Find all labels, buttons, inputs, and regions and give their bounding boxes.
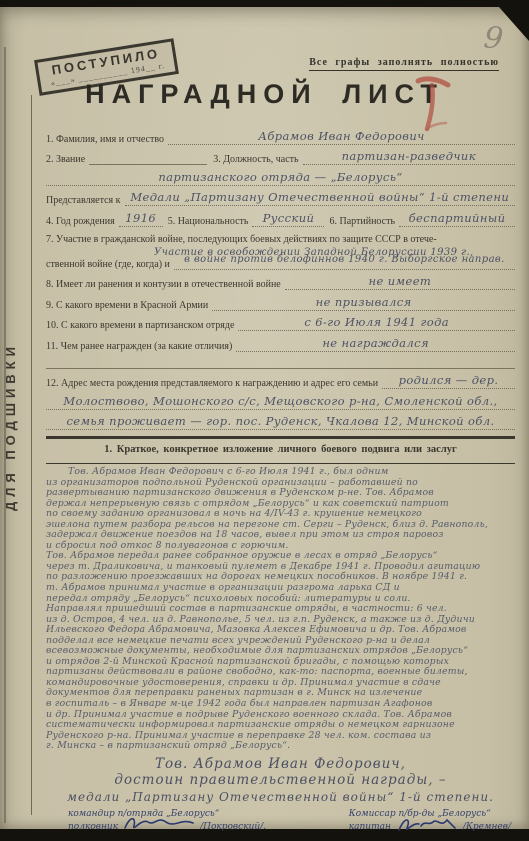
field-label: 2. Звание bbox=[46, 154, 89, 165]
signatures: командир п/отряда „Белорусь“ полковник /… bbox=[46, 808, 515, 834]
field-label: 5. Национальность bbox=[163, 216, 253, 227]
field-label: Представляется к bbox=[46, 195, 125, 206]
handwritten-value: партизан-разведчик bbox=[342, 149, 476, 163]
field-label: 3. Должность, часть bbox=[207, 154, 302, 165]
commissar-name: /Кремнев/ bbox=[463, 821, 511, 833]
commissar-signature-block: Комиссар п/бр-ды „Белорусь“ капитан /Кре… bbox=[349, 808, 511, 834]
field-label: 4. Год рождения bbox=[46, 216, 119, 227]
page-number-pencil: 9 bbox=[482, 20, 505, 57]
field-rank-and-position: 2. Звание 3. Должность, часть партизан-р… bbox=[46, 145, 515, 166]
filing-margin-label: ДЛЯ ПОДШИВКИ bbox=[3, 332, 25, 522]
feat-description: Тов. Абрамов Иван Федорович с 6-го Июля … bbox=[46, 467, 515, 752]
handwritten-value: Молоствово, Мошонского с/с, Мещовского р… bbox=[63, 394, 497, 408]
handwritten-value: в войне против белофиннов 1940 г. Выборг… bbox=[184, 254, 505, 265]
commander-signature-block: командир п/отряда „Белорусь“ полковник /… bbox=[68, 808, 266, 834]
fill-all-fields-note: Все графы заполнять полностью bbox=[309, 57, 499, 71]
commissar-signature-scribble bbox=[395, 814, 459, 834]
field-red-army-since: 9. С какого времени в Красной Армии не п… bbox=[46, 290, 515, 311]
handwritten-value: Русский bbox=[263, 211, 315, 225]
field-label: 10. С какого времени в партизанском отря… bbox=[46, 320, 238, 331]
handwritten-value: семья проживает — гор. пос. Руденск, Чка… bbox=[66, 414, 494, 428]
handwritten-line: т. Абрамов принимал участие в организаци… bbox=[46, 583, 515, 594]
field-label: ственной войне (где, когда) и bbox=[46, 259, 174, 270]
field-label: 8. Имеет ли ранения и контузии в отечест… bbox=[46, 279, 285, 290]
handwritten-value: Абрамов Иван Федорович bbox=[258, 129, 424, 143]
field-label: 6. Партийность bbox=[324, 216, 399, 227]
handwritten-value: беспартийный bbox=[409, 211, 506, 225]
section-divider-bottom bbox=[46, 463, 515, 465]
commissar-rank: капитан bbox=[349, 821, 391, 833]
handwritten-line: Тов. Абрамов Иван Федорович с 6-го Июля … bbox=[46, 467, 515, 478]
field-label: 11. Чем ранее награжден (за какие отличи… bbox=[46, 341, 236, 352]
blank-ruled-line bbox=[46, 352, 515, 369]
field-address-line3: семья проживает — гор. пос. Руденск, Чка… bbox=[46, 410, 515, 431]
handwritten-value: партизанского отряда — „Белорусь“ bbox=[158, 170, 402, 184]
scanned-award-sheet: ДЛЯ ПОДШИВКИ ПОСТУПИЛО «___» __________ … bbox=[0, 7, 529, 829]
field-presented-to: Представляется к Медали „Партизану Отече… bbox=[46, 186, 515, 207]
field-label: 1. Фамилия, имя и отчество bbox=[46, 134, 168, 145]
conclusion-medal: медали „Партизану Отечественной войны“ 1… bbox=[46, 789, 515, 806]
margin-rule-line bbox=[31, 95, 32, 815]
field-address-line2: Молоствово, Мошонского с/с, Мещовского р… bbox=[46, 389, 515, 410]
conclusion-worthy: достоин правительственной награды, – bbox=[46, 772, 515, 789]
section-title: 1. Краткое, конкретное изложение личного… bbox=[46, 439, 515, 459]
handwritten-value: 1916 bbox=[125, 211, 156, 225]
field-year-nationality-party: 4. Год рождения 1916 5. Национальность Р… bbox=[46, 206, 515, 227]
conclusion-block: Тов. Абрамов Иван Федорович, достоин пра… bbox=[46, 756, 515, 806]
handwritten-value: не награждался bbox=[322, 336, 429, 350]
field-partisan-since: 10. С какого времени в партизанском отря… bbox=[46, 311, 515, 332]
conclusion-name: Тов. Абрамов Иван Федорович, bbox=[46, 756, 515, 773]
commander-name: /Покровский/. bbox=[200, 821, 266, 833]
commander-rank: полковник bbox=[68, 821, 118, 833]
handwritten-value: родился — дер. bbox=[399, 373, 499, 387]
field-position-continuation: партизанского отряда — „Белорусь“ bbox=[46, 165, 515, 186]
handwritten-value: не имеет bbox=[369, 274, 432, 288]
handwritten-line: в госпиталь – в Январе м-це 1942 года бы… bbox=[46, 699, 515, 710]
handwritten-value: не призывался bbox=[316, 295, 412, 309]
handwritten-value: Медали „Партизану Отечественной войны“ 1… bbox=[130, 190, 509, 204]
field-label: 12. Адрес места рождения представляемого… bbox=[46, 378, 382, 389]
field-address: 12. Адрес места рождения представляемого… bbox=[46, 369, 515, 390]
field-label: 9. С какого времени в Красной Армии bbox=[46, 300, 212, 311]
field-wounds: 8. Имеет ли ранения и контузии в отечест… bbox=[46, 270, 515, 291]
handwritten-line: г. Минска – в партизанский отряд „Белору… bbox=[46, 741, 515, 752]
commander-signature-scribble bbox=[122, 814, 196, 834]
field-previous-awards: 11. Чем ранее награжден (за какие отличи… bbox=[46, 331, 515, 352]
handwritten-value: с 6-го Июля 1941 года bbox=[304, 315, 449, 329]
red-pencil-mark bbox=[412, 73, 456, 137]
form-body: 1. Фамилия, имя и отчество Абрамов Иван … bbox=[0, 110, 529, 834]
field-war-participation-line2: ственной войне (где, когда) и в войне пр… bbox=[46, 254, 515, 270]
